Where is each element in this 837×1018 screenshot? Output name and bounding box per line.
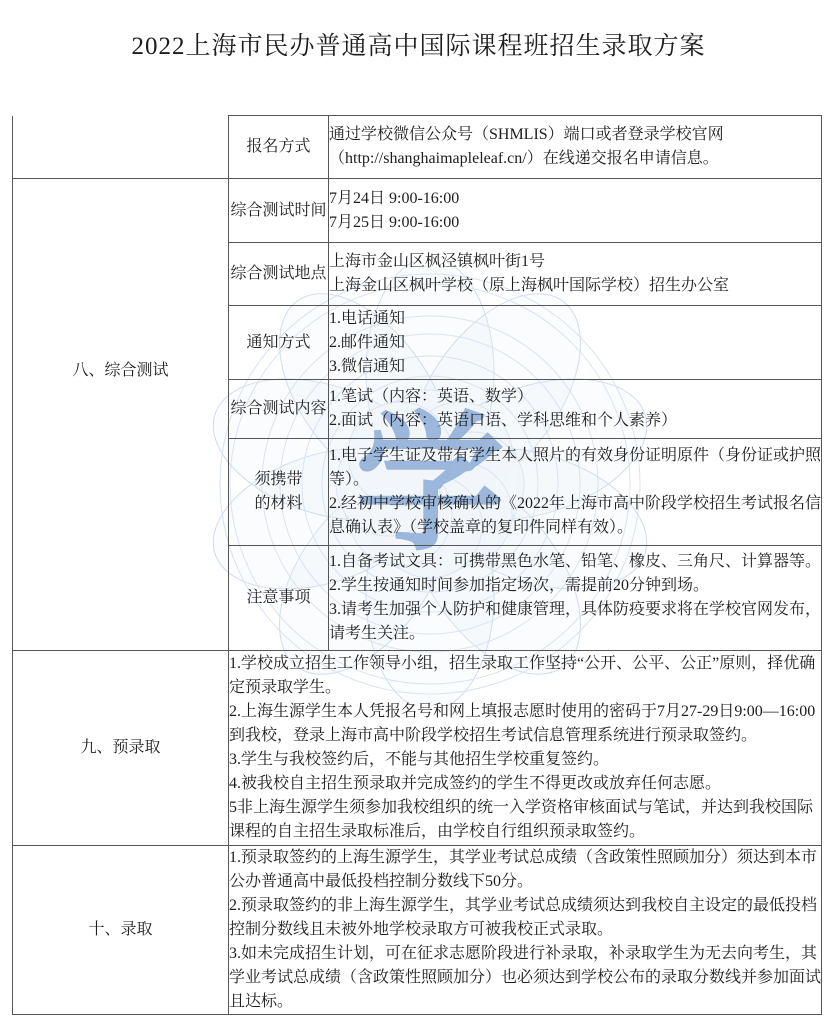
section-label-yuluqu: 九、预录取 [13,651,229,846]
row-label-notes: 注意事项 [229,546,329,651]
row-label-content: 综合测试内容 [229,380,329,439]
text-line: 上海金山区枫叶学校（原上海枫叶国际学校）招生办公室 [329,274,821,298]
admission-plan-table: 报名方式 通过学校微信公众号（SHMLIS）端口或者登录学校官网 （http:/… [12,115,822,1015]
text-line: 1.预录取签约的上海生源学生，其学业考试总成绩（含政策性照顾加分）须达到本市公办… [229,846,821,894]
row-content-time: 7月24日 9:00-16:00 7月25日 9:00-16:00 [329,179,822,243]
text-line: 1.笔试（内容：英语、数学） [329,385,821,409]
row-content-notify: 1.电话通知 2.邮件通知 3.微信通知 [329,306,822,380]
table-row: 八、综合测试 综合测试时间 7月24日 9:00-16:00 7月25日 9:0… [13,179,822,243]
text-line: 上海市金山区枫泾镇枫叶街1号 [329,250,821,274]
table-row: 报名方式 通过学校微信公众号（SHMLIS）端口或者登录学校官网 （http:/… [13,116,822,179]
text-line: 7月24日 9:00-16:00 [329,187,821,211]
row-label-time: 综合测试时间 [229,179,329,243]
text-line: 2.预录取签约的非上海生源学生，其学业考试总成绩须达到我校自主设定的最低投档控制… [229,894,821,942]
text-line: 1.电子学生证及带有学生本人照片的有效身份证明原件（身份证或护照等）。 [329,444,821,492]
text-line: 2.学生按通知时间参加指定场次，需提前20分钟到场。 [329,574,821,598]
section-content-luqu: 1.预录取签约的上海生源学生，其学业考试总成绩（含政策性照顾加分）须达到本市公办… [229,846,822,1015]
document-title: 2022上海市民办普通高中国际课程班招生录取方案 [0,26,837,62]
table-row: 九、预录取 1.学校成立招生工作领导小组，招生录取工作坚持“公开、公平、公正”原… [13,651,822,846]
section-cell-clipped [13,116,229,179]
row-label-notify: 通知方式 [229,306,329,380]
text-line: 7月25日 9:00-16:00 [329,211,821,235]
text-line: 1.学校成立招生工作领导小组，招生录取工作坚持“公开、公平、公正”原则，择优确定… [229,652,821,700]
text-line: 3.学生与我校签约后，不能与其他招生学校重复签约。 [229,748,821,772]
text-line: 4.被我校自主招生预录取并完成签约的学生不得更改或放弃任何志愿。 [229,772,821,796]
row-label-place: 综合测试地点 [229,243,329,306]
row-content-materials: 1.电子学生证及带有学生本人照片的有效身份证明原件（身份证或护照等）。 2.经初… [329,439,822,546]
row-label-materials: 须携带 的材料 [229,439,329,546]
text-line: （http://shanghaimapleleaf.cn/）在线递交报名申请信息… [329,147,821,171]
text-line: 须携带 [229,468,328,492]
text-line: 2.邮件通知 [329,331,821,355]
text-line: 的材料 [229,492,328,516]
text-line: 2.经初中学校审核确认的《2022年上海市高中阶段学校招生考试报名信息确认表》（… [329,492,821,540]
text-line: 1.电话通知 [329,307,821,331]
section-label-zonghe-ceshi: 八、综合测试 [13,179,229,651]
section-content-yuluqu: 1.学校成立招生工作领导小组，招生录取工作坚持“公开、公平、公正”原则，择优确定… [229,651,822,846]
row-content-notes: 1.自备考试文具：可携带黑色水笔、铅笔、橡皮、三角尺、计算器等。 2.学生按通知… [329,546,822,651]
text-line: 3.如未完成招生计划，可在征求志愿阶段进行补录取，补录取学生为无去向考生，其学业… [229,942,821,1014]
text-line: 3.微信通知 [329,355,821,379]
table-row: 十、录取 1.预录取签约的上海生源学生，其学业考试总成绩（含政策性照顾加分）须达… [13,846,822,1015]
row-content-content: 1.笔试（内容：英语、数学） 2.面试（内容：英语口语、学科思维和个人素养） [329,380,822,439]
text-line: 3.请考生加强个人防护和健康管理，具体防疫要求将在学校官网发布，请考生关注。 [329,598,821,646]
text-line: 1.自备考试文具：可携带黑色水笔、铅笔、橡皮、三角尺、计算器等。 [329,550,821,574]
text-line: 2.面试（内容：英语口语、学科思维和个人素养） [329,409,821,433]
section-label-luqu: 十、录取 [13,846,229,1015]
row-label-baoming: 报名方式 [229,116,329,179]
text-line: 通过学校微信公众号（SHMLIS）端口或者登录学校官网 [329,123,821,147]
text-line: 2.上海生源学生本人凭报名号和网上填报志愿时使用的密码于7月27-29日9:00… [229,700,821,748]
row-content-baoming: 通过学校微信公众号（SHMLIS）端口或者登录学校官网 （http://shan… [329,116,822,179]
text-line: 5非上海生源学生须参加我校组织的统一入学资格审核面试与笔试，并达到我校国际课程的… [229,796,821,844]
row-content-place: 上海市金山区枫泾镇枫叶街1号 上海金山区枫叶学校（原上海枫叶国际学校）招生办公室 [329,243,822,306]
